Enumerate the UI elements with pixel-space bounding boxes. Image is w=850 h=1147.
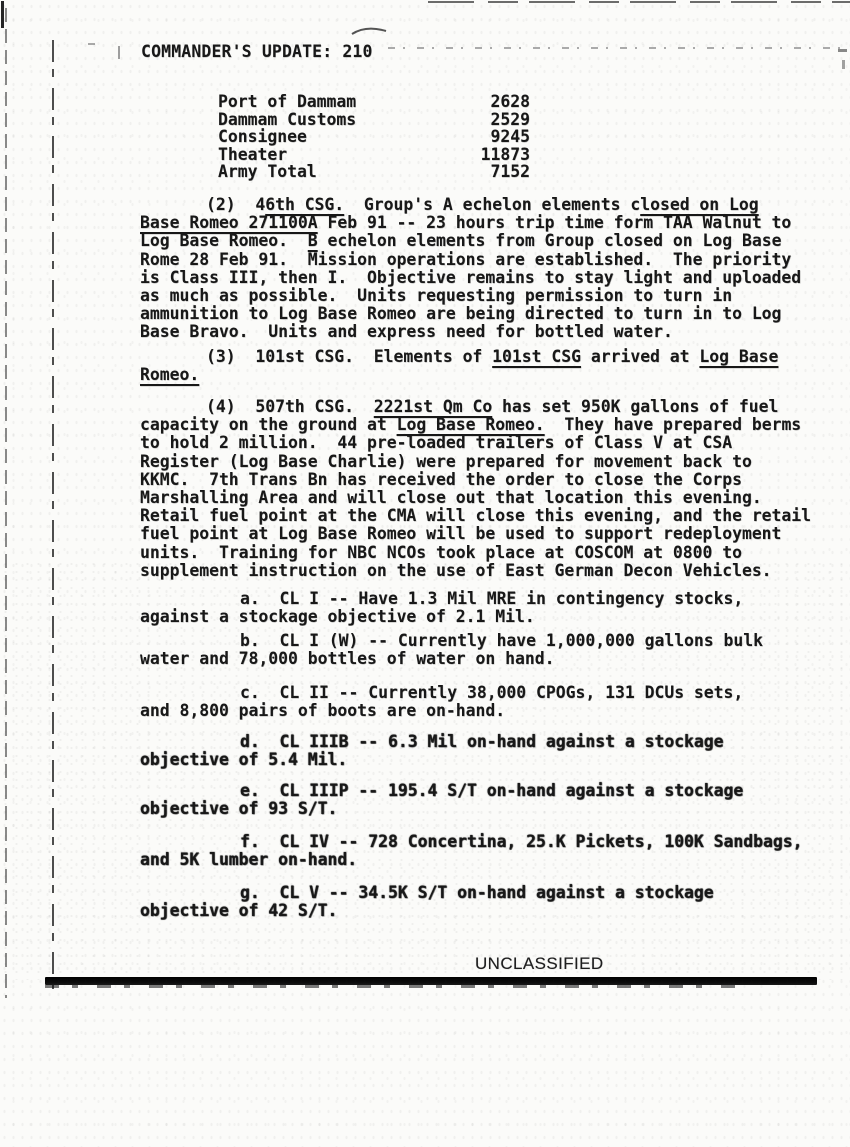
text-segment: c. CL II -- Currently 38,000 CPOGs, 131 … — [240, 683, 743, 702]
text-segment: Rome 28 Feb 91. Mission operations are e… — [140, 250, 791, 269]
text-line: objective of 5.4 Mil. — [140, 751, 840, 769]
text-segment: objective of 5.4 Mil. — [140, 750, 347, 769]
stats-value: 2628 — [380, 93, 530, 111]
underlined-text: 101st CSG — [492, 347, 581, 366]
stats-value: 11873 — [380, 146, 530, 164]
text-line: f. CL IV -- 728 Concertina, 25.K Pickets… — [140, 833, 840, 851]
subitem-b: b. CL I (W) -- Currently have 1,000,000 … — [140, 632, 840, 668]
text-segment: capacity on the ground at — [140, 415, 397, 434]
text-segment: and 8,800 pairs of boots are on-hand. — [140, 701, 505, 720]
text-line: Register (Log Base Charlie) were prepare… — [140, 453, 840, 471]
stats-label: Port of Dammam — [218, 92, 356, 111]
text-line: objective of 42 S/T. — [140, 902, 840, 920]
text-line: Base Bravo. Units and express need for b… — [140, 323, 840, 341]
subitem-d: d. CL IIIB -- 6.3 Mil on-hand against a … — [140, 733, 840, 769]
underlined-text: 6th CSG. — [265, 195, 344, 214]
stats-label: Consignee — [218, 127, 307, 146]
scan-artifact-pen-curve — [350, 25, 390, 37]
text-segment: They have prepared berms — [545, 415, 802, 434]
text-segment: e. CL IIIP -- 195.4 S/T on-hand against … — [240, 781, 743, 800]
text-line: as much as possible. Units requesting pe… — [140, 287, 840, 305]
underlined-text: Romeo. — [140, 365, 199, 384]
document-page: COMMANDER'S UPDATE: 210 Port of Dammam26… — [0, 0, 850, 1147]
text-segment: and 5K lumber on-hand. — [140, 850, 357, 869]
text-segment: (4) 507th CSG. — [206, 397, 374, 416]
text-segment: a. CL I -- Have 1.3 Mil MRE in contingen… — [240, 589, 743, 608]
subitem-c: c. CL II -- Currently 38,000 CPOGs, 131 … — [140, 684, 840, 720]
text-line: e. CL IIIP -- 195.4 S/T on-hand against … — [140, 782, 840, 800]
text-line: KKMC. 7th Trans Bn has received the orde… — [140, 471, 840, 489]
text-line: objective of 93 S/T. — [140, 800, 840, 818]
text-segment: ammunition to Log Base Romeo are being d… — [140, 304, 781, 323]
text-segment: as much as possible. Units requesting pe… — [140, 286, 732, 305]
stats-row: Dammam Customs2529 — [140, 111, 840, 129]
stats-label: Army Total — [218, 162, 317, 181]
text-segment: Retail fuel point at the CMA will close … — [140, 506, 811, 525]
underlined-text: B — [308, 231, 318, 250]
text-segment: water and 78,000 bottles of water on han… — [140, 649, 554, 668]
underlined-text: losed on Log — [640, 195, 758, 214]
text-segment: Base Bravo. Units and express need for b… — [140, 322, 673, 341]
scan-artifact-mark — [88, 43, 95, 45]
text-line: Log Base Romeo. B echelon elements from … — [140, 232, 840, 250]
stats-row: Theater11873 — [140, 146, 840, 164]
underlined-text: Log Base Romeo. — [397, 415, 545, 434]
scan-artifact-top-edge-line — [428, 1, 850, 3]
page-title: COMMANDER'S UPDATE: 210 — [141, 42, 373, 61]
footer-bar-frays — [45, 985, 745, 988]
stats-row: Port of Dammam2628 — [140, 93, 840, 111]
text-line: units. Training for NBC NCOs took place … — [140, 544, 840, 562]
text-segment: b. CL I (W) -- Currently have 1,000,000 … — [240, 631, 763, 650]
stats-value: 7152 — [380, 163, 530, 181]
text-line: (4) 507th CSG. 2221st Qm Co has set 950K… — [140, 398, 840, 416]
subitem-g: g. CL V -- 34.5K S/T on-hand against a s… — [140, 884, 840, 920]
text-segment: against a stockage objective of 2.1 Mil. — [140, 607, 535, 626]
underlined-text: Log Base — [699, 347, 778, 366]
scan-artifact-corner-tick — [1, 1, 4, 28]
text-line: to hold 2 million. 44 pre-loaded trailer… — [140, 434, 840, 452]
scan-artifact-mark — [838, 49, 847, 52]
text-line: fuel point at Log Base Romeo will be use… — [140, 525, 840, 543]
text-line: is Class III, then I. Objective remains … — [140, 269, 840, 287]
text-segment: objective of 42 S/T. — [140, 901, 337, 920]
stats-label: Dammam Customs — [218, 110, 356, 129]
text-segment: fuel point at Log Base Romeo will be use… — [140, 524, 781, 543]
text-segment: to hold 2 million. 44 pre-loaded trailer… — [140, 433, 732, 452]
text-line: (2) 46th CSG. Group's A echelon elements… — [140, 196, 840, 214]
stats-row: Army Total7152 — [140, 163, 840, 181]
text-segment: is Class III, then I. Objective remains … — [140, 268, 801, 287]
text-segment: g. CL V -- 34.5K S/T on-hand against a s… — [240, 883, 714, 902]
scan-artifact-mark — [842, 60, 845, 69]
text-segment: d. CL IIIB -- 6.3 Mil on-hand against a … — [240, 732, 724, 751]
scan-artifact-dashed-line — [388, 47, 846, 49]
text-segment: echelon elements from Group closed on Lo… — [318, 231, 782, 250]
text-segment: Feb 91 -- 23 hours trip time form TAA Wa… — [318, 213, 792, 232]
text-line: c. CL II -- Currently 38,000 CPOGs, 131 … — [140, 684, 840, 702]
subitem-a: a. CL I -- Have 1.3 Mil MRE in contingen… — [140, 590, 840, 626]
text-segment: Marshalling Area and will close out that… — [140, 488, 762, 507]
text-line: water and 78,000 bottles of water on han… — [140, 650, 840, 668]
underlined-text: 2221st Qm Co — [374, 397, 492, 416]
text-segment: (3) 101st CSG. Elements of — [206, 347, 492, 366]
text-line: g. CL V -- 34.5K S/T on-hand against a s… — [140, 884, 840, 902]
text-line: b. CL I (W) -- Currently have 1,000,000 … — [140, 632, 840, 650]
paragraph-3: (3) 101st CSG. Elements of 101st CSG arr… — [140, 348, 840, 384]
text-line: Base Romeo 271100A Feb 91 -- 23 hours tr… — [140, 214, 840, 232]
text-line: Retail fuel point at the CMA will close … — [140, 507, 840, 525]
paragraph-2: (2) 46th CSG. Group's A echelon elements… — [140, 196, 840, 342]
text-line: against a stockage objective of 2.1 Mil. — [140, 608, 840, 626]
paragraph-4: (4) 507th CSG. 2221st Qm Co has set 950K… — [140, 398, 840, 580]
text-segment: units. Training for NBC NCOs took place … — [140, 543, 742, 562]
subitem-f: f. CL IV -- 728 Concertina, 25.K Pickets… — [140, 833, 840, 869]
text-line: Romeo. — [140, 366, 840, 384]
text-segment: (2) 4 — [206, 195, 265, 214]
footer-bar — [45, 977, 817, 985]
classification-footer: UNCLASSIFIED — [475, 954, 604, 974]
text-segment: Register (Log Base Charlie) were prepare… — [140, 452, 752, 471]
text-line: d. CL IIIB -- 6.3 Mil on-hand against a … — [140, 733, 840, 751]
underlined-text: Base Romeo 271100A — [140, 213, 318, 232]
text-segment: f. CL IV -- 728 Concertina, 25.K Pickets… — [240, 832, 802, 851]
text-line: and 5K lumber on-hand. — [140, 851, 840, 869]
text-segment: supplement instruction on the use of Eas… — [140, 561, 772, 580]
stats-value: 9245 — [380, 128, 530, 146]
text-line: a. CL I -- Have 1.3 Mil MRE in contingen… — [140, 590, 840, 608]
scan-artifact-mark — [118, 46, 120, 59]
text-segment: arrived at — [581, 347, 699, 366]
text-segment: objective of 93 S/T. — [140, 799, 337, 818]
text-line: (3) 101st CSG. Elements of 101st CSG arr… — [140, 348, 840, 366]
stats-table: Port of Dammam2628Dammam Customs2529Cons… — [140, 93, 840, 181]
scan-artifact-left-line — [5, 8, 7, 998]
text-segment: KKMC. 7th Trans Bn has received the orde… — [140, 470, 742, 489]
text-line: capacity on the ground at Log Base Romeo… — [140, 416, 840, 434]
text-segment: has set 950K gallons of fuel — [492, 397, 778, 416]
text-segment: Group's A echelon elements c — [344, 195, 640, 214]
text-line: Marshalling Area and will close out that… — [140, 489, 840, 507]
stats-label: Theater — [218, 145, 287, 164]
subitem-e: e. CL IIIP -- 195.4 S/T on-hand against … — [140, 782, 840, 818]
text-segment: Log Base Romeo. — [140, 231, 308, 250]
text-line: Rome 28 Feb 91. Mission operations are e… — [140, 251, 840, 269]
stats-row: Consignee9245 — [140, 128, 840, 146]
text-line: ammunition to Log Base Romeo are being d… — [140, 305, 840, 323]
text-line: and 8,800 pairs of boots are on-hand. — [140, 702, 840, 720]
scan-artifact-margin-line — [52, 40, 54, 990]
stats-value: 2529 — [380, 111, 530, 129]
text-line: supplement instruction on the use of Eas… — [140, 562, 840, 580]
